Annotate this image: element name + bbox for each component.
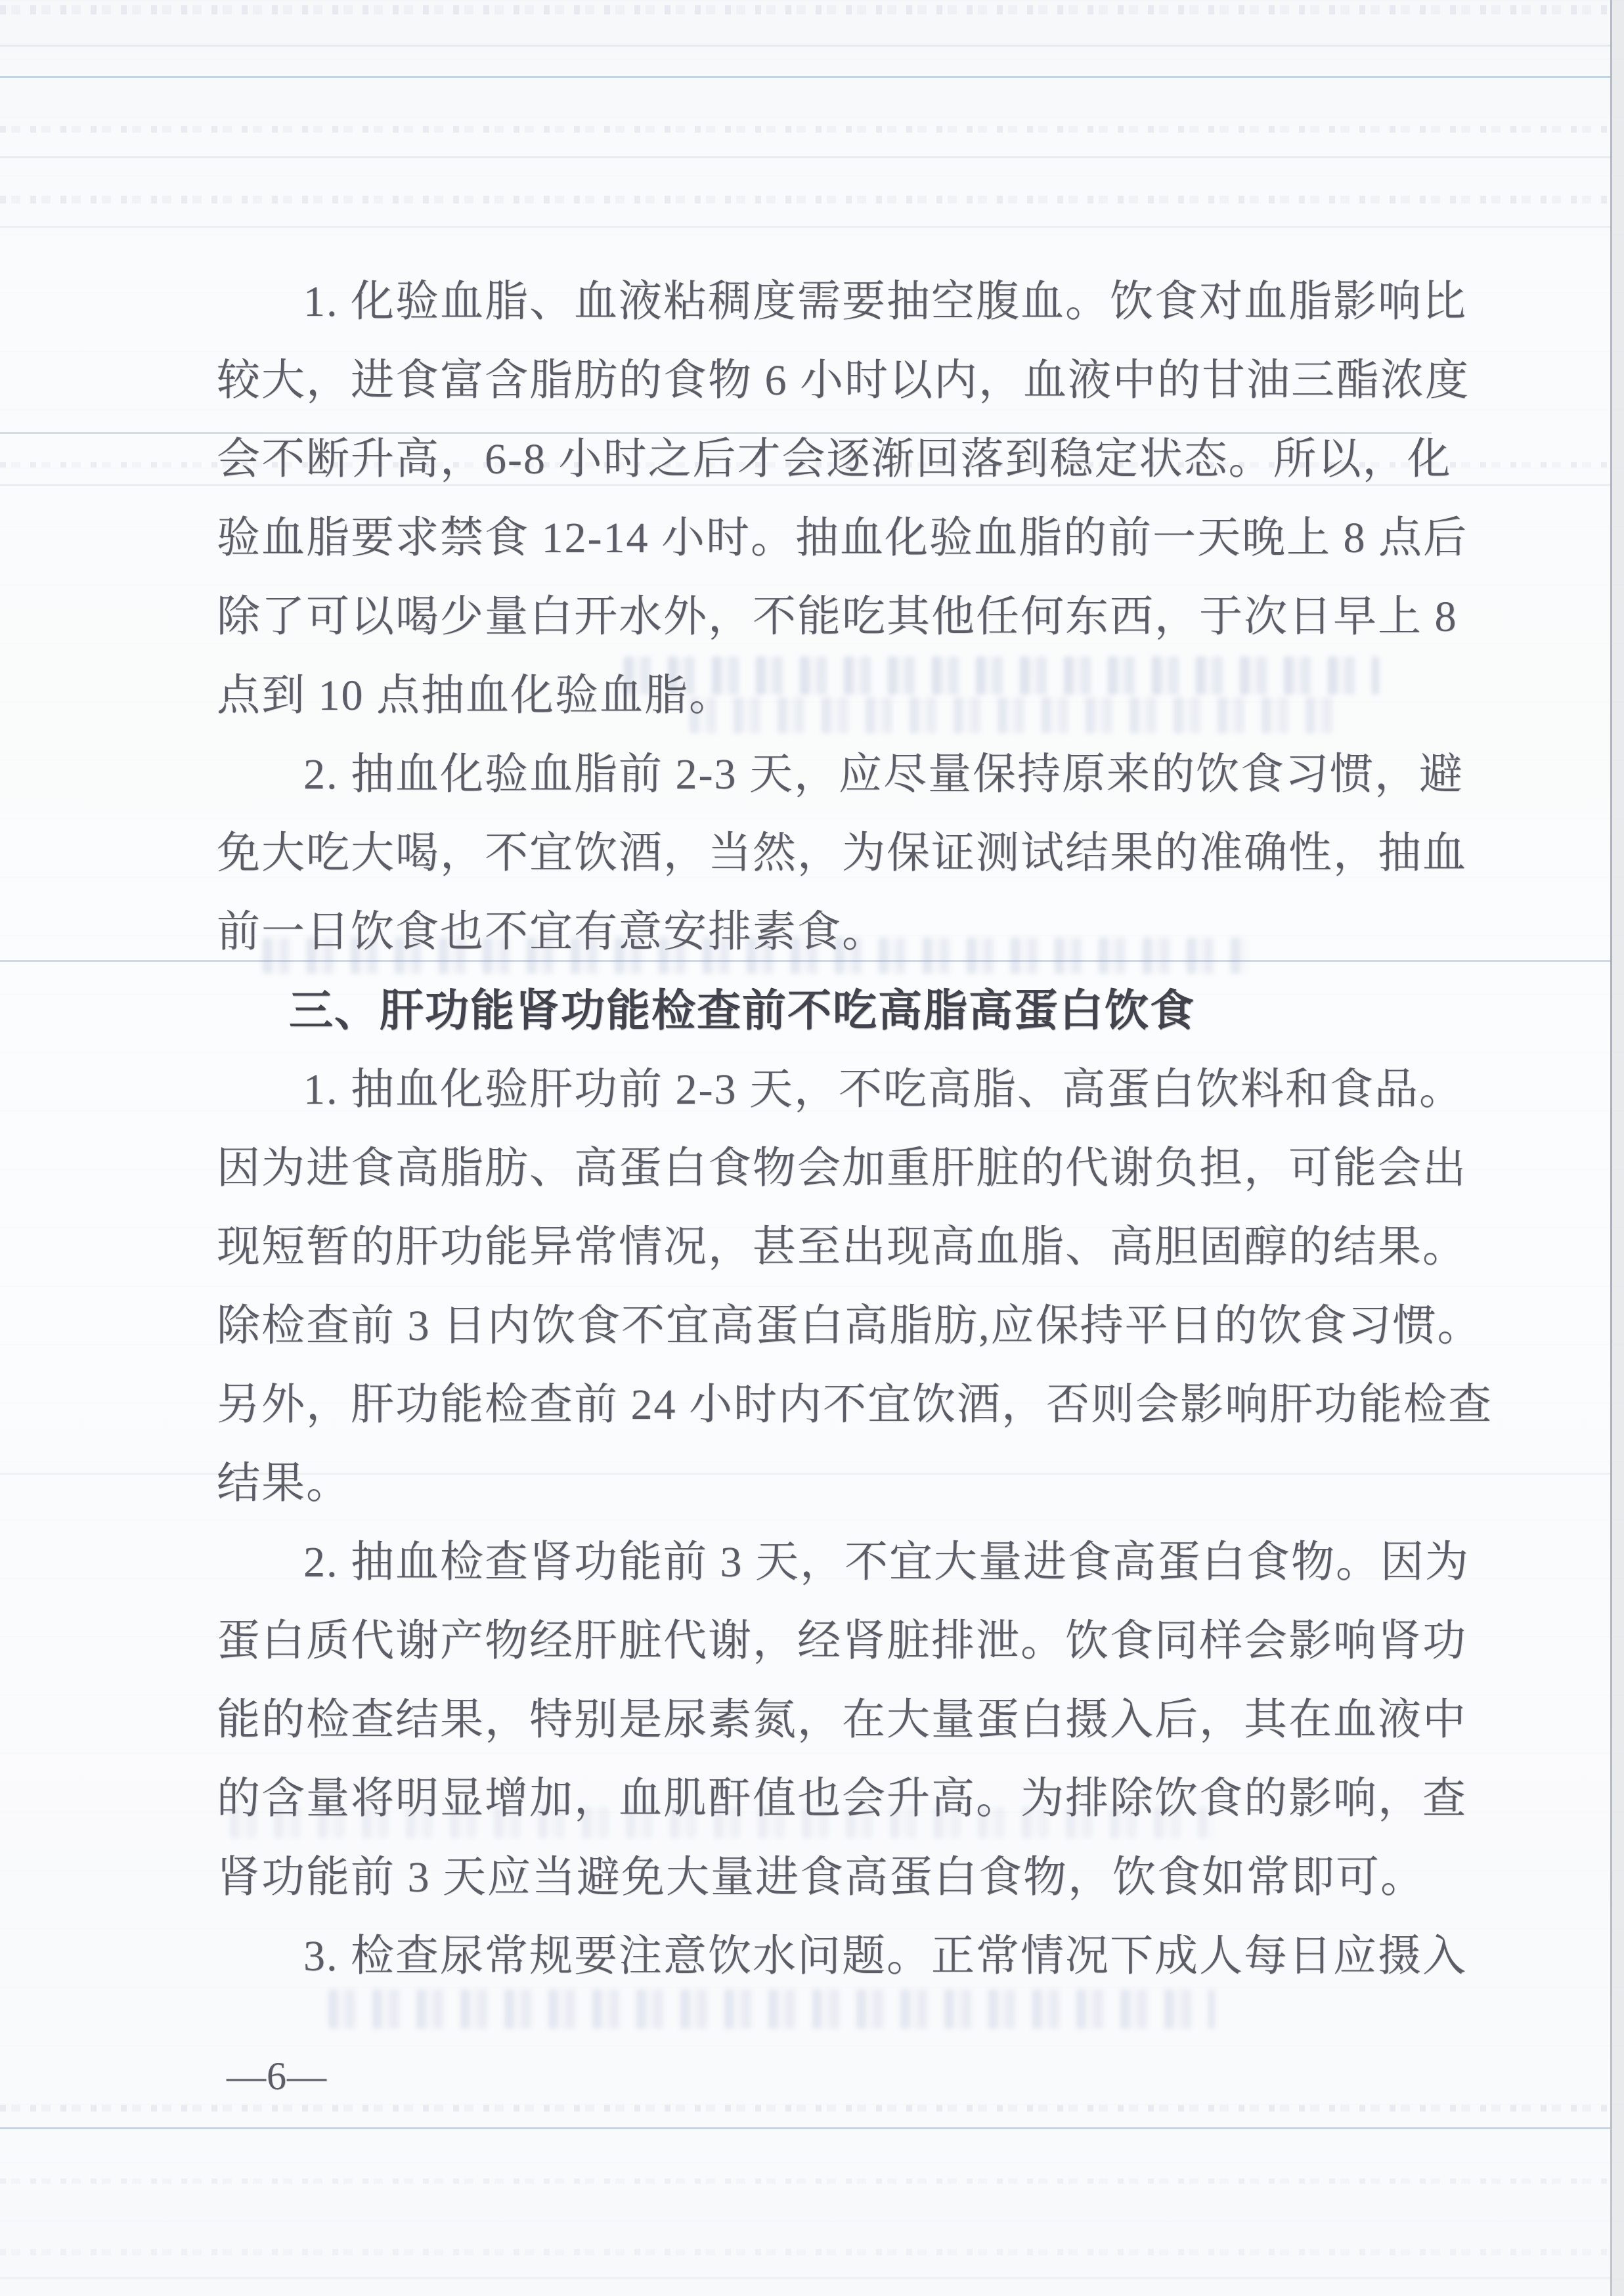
text-line: 点到 10 点抽血化验血脂。 xyxy=(217,657,1415,735)
scan-streak xyxy=(0,2277,1624,2279)
text-line: 2. 抽血化验血脂前 2-3 天，应尽量保持原来的饮食习惯，避 xyxy=(217,735,1415,814)
scan-streak xyxy=(0,2249,1624,2255)
document-body: 1. 化验血脂、血液粘稠度需要抽空腹血。饮食对血脂影响比 较大，进食富含脂肪的食… xyxy=(217,263,1415,1996)
text-line: 验血脂要求禁食 12-14 小时。抽血化验血脂的前一天晚上 8 点后 xyxy=(217,499,1415,578)
scan-edge-strip xyxy=(1612,0,1624,2296)
text-line: 除检查前 3 日内饮食不宜高蛋白高脂肪,应保持平日的饮食习惯。 xyxy=(217,1287,1415,1366)
text-line: 会不断升高，6-8 小时之后才会逐渐回落到稳定状态。所以，化 xyxy=(217,420,1415,499)
scan-streak xyxy=(0,226,1624,228)
scan-streak xyxy=(0,45,1624,47)
page-edge-shadow xyxy=(1610,0,1612,2296)
text-line: 因为进食高脂肪、高蛋白食物会加重肝脏的代谢负担，可能会出 xyxy=(217,1129,1415,1208)
section-heading: 三、肝功能肾功能检查前不吃高脂高蛋白饮食 xyxy=(217,972,1415,1051)
text-line: 1. 化验血脂、血液粘稠度需要抽空腹血。饮食对血脂影响比 xyxy=(217,263,1415,341)
text-line: 结果。 xyxy=(217,1444,1415,1523)
text-line: 另外，肝功能检查前 24 小时内不宜饮酒，否则会影响肝功能检查 xyxy=(217,1366,1415,1444)
text-line: 3. 检查尿常规要注意饮水问题。正常情况下成人每日应摄入 xyxy=(217,1917,1415,1996)
scan-streak xyxy=(0,126,1624,133)
scanned-document-page: 1. 化验血脂、血液粘稠度需要抽空腹血。饮食对血脂影响比 较大，进食富含脂肪的食… xyxy=(0,0,1624,2296)
text-line: 2. 抽血检查肾功能前 3 天，不宜大量进食高蛋白食物。因为 xyxy=(217,1523,1415,1602)
text-line: 现短暂的肝功能异常情况，甚至出现高血脂、高胆固醇的结果。 xyxy=(217,1208,1415,1287)
text-line: 1. 抽血化验肝功前 2-3 天，不吃高脂、高蛋白饮料和食品。 xyxy=(217,1051,1415,1129)
text-line: 肾功能前 3 天应当避免大量进食高蛋白食物，饮食如常即可。 xyxy=(217,1838,1415,1917)
text-line: 免大吃大喝，不宜饮酒，当然，为保证测试结果的准确性，抽血 xyxy=(217,814,1415,893)
text-line: 较大，进食富含脂肪的食物 6 小时以内，血液中的甘油三酯浓度 xyxy=(217,341,1415,420)
scan-streak xyxy=(0,156,1624,158)
scan-streak xyxy=(0,2178,1624,2184)
scan-streak xyxy=(0,5,1624,14)
text-line: 能的检查结果，特别是尿素氮，在大量蛋白摄入后，其在血液中 xyxy=(217,1681,1415,1760)
text-line: 的含量将明显增加，血肌酐值也会升高。为排除饮食的影响，查 xyxy=(217,1760,1415,1838)
scan-streak xyxy=(0,2105,1624,2112)
scan-streak xyxy=(0,2127,1624,2129)
text-line: 除了可以喝少量白开水外，不能吃其他任何东西，于次日早上 8 xyxy=(217,578,1415,657)
page-number: —6— xyxy=(227,2054,327,2099)
text-line: 前一日饮食也不宜有意安排素食。 xyxy=(217,893,1415,972)
scan-streak xyxy=(0,196,1624,204)
text-line: 蛋白质代谢产物经肝脏代谢，经肾脏排泄。饮食同样会影响肾功 xyxy=(217,1602,1415,1681)
scan-streak xyxy=(0,76,1624,78)
